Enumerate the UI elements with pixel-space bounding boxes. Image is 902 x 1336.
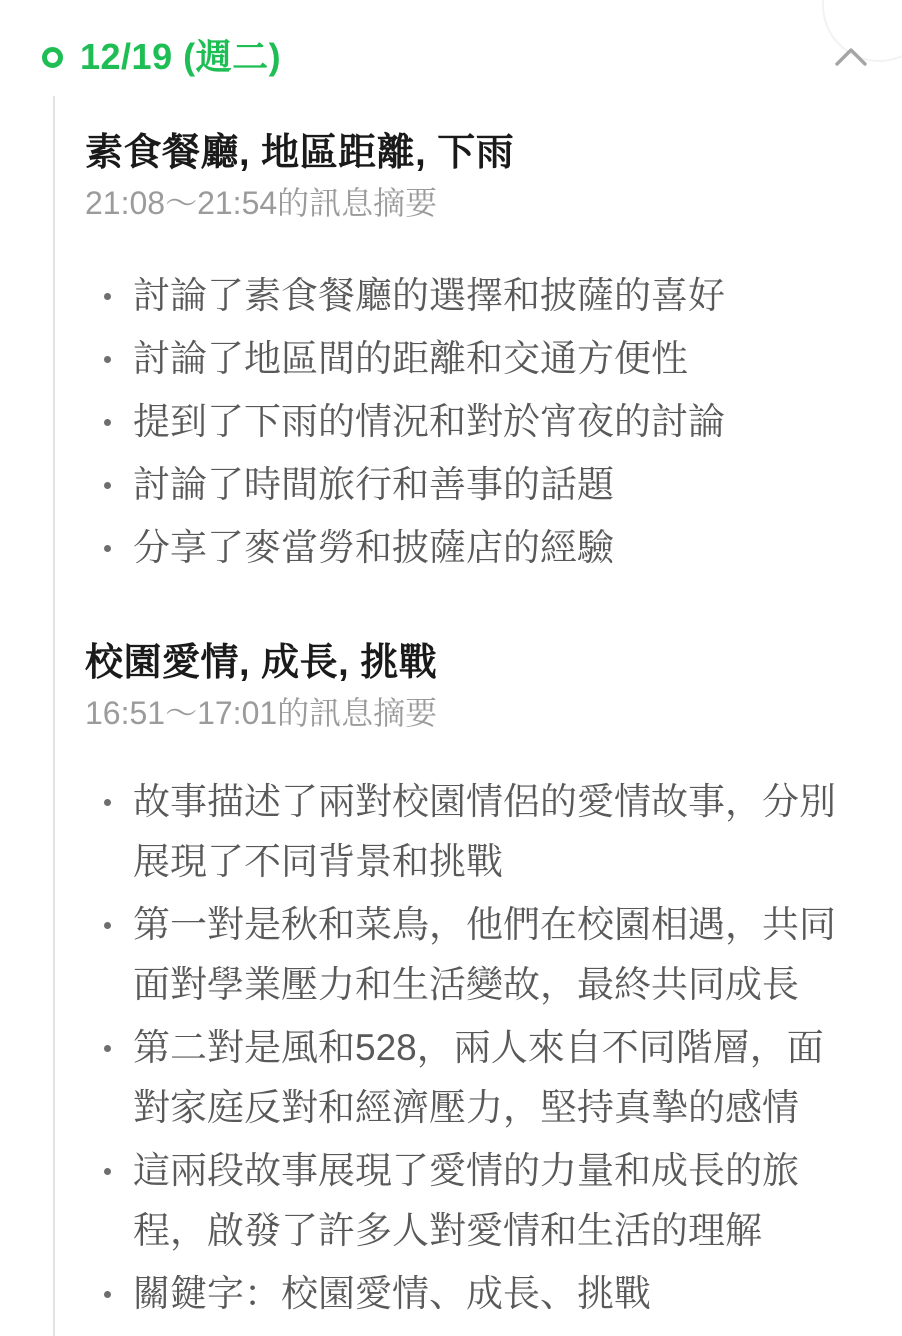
list-item: 故事描述了兩對校園情侶的愛情故事，分別展現了不同背景和挑戰	[85, 772, 851, 892]
summary-title: 素食餐廳, 地區距離, 下雨	[85, 130, 851, 176]
collapse-section-button[interactable]	[834, 44, 868, 70]
bullet-dot-icon	[104, 1045, 111, 1052]
bullet-text: 討論了時間旅行和善事的話題	[133, 464, 614, 505]
bullet-text: 關鍵字：校園愛情、成長、挑戰	[133, 1273, 651, 1314]
date-header: 12/19 (週二)	[0, 0, 902, 78]
bullet-dot-icon	[104, 293, 111, 300]
summary-bullet-list: 故事描述了兩對校園情侶的愛情故事，分別展現了不同背景和挑戰 第一對是秋和菜鳥，他…	[85, 772, 851, 1324]
bullet-dot-icon	[104, 799, 111, 806]
bullet-text: 分享了麥當勞和披薩店的經驗	[133, 527, 614, 568]
bullet-dot-icon	[104, 1291, 111, 1298]
chevron-up-icon	[834, 58, 868, 73]
list-item: 這兩段故事展現了愛情的力量和成長的旅程，啟發了許多人對愛情和生活的理解	[85, 1141, 851, 1261]
bullet-text: 故事描述了兩對校園情侶的愛情故事，分別展現了不同背景和挑戰	[133, 781, 836, 882]
list-item: 分享了麥當勞和披薩店的經驗	[85, 518, 851, 578]
bullet-dot-icon	[104, 356, 111, 363]
summary-time-range: 16:51～17:01的訊息摘要	[85, 694, 851, 732]
summary-time-range: 21:08～21:54的訊息摘要	[85, 184, 851, 222]
bullet-text: 提到了下雨的情況和對於宵夜的討論	[133, 401, 725, 442]
bullet-text: 第一對是秋和菜鳥，他們在校園相遇，共同面對學業壓力和生活變故，最終共同成長	[133, 904, 836, 1005]
summary-title: 校園愛情, 成長, 挑戰	[85, 640, 851, 686]
bullet-dot-icon	[104, 482, 111, 489]
bullet-dot-icon	[104, 419, 111, 426]
list-item: 討論了地區間的距離和交通方便性	[85, 329, 851, 389]
list-item: 關鍵字：校園愛情、成長、挑戰	[85, 1264, 851, 1324]
list-item: 討論了素食餐廳的選擇和披薩的喜好	[85, 266, 851, 326]
bullet-dot-icon	[104, 922, 111, 929]
date-marker-icon	[42, 47, 63, 68]
list-item: 第一對是秋和菜鳥，他們在校園相遇，共同面對學業壓力和生活變故，最終共同成長	[85, 895, 851, 1015]
date-label: 12/19 (週二)	[80, 36, 834, 78]
list-item: 第二對是風和528，兩人來自不同階層，面對家庭反對和經濟壓力，堅持真摯的感情	[85, 1018, 851, 1138]
list-item: 討論了時間旅行和善事的話題	[85, 455, 851, 515]
bullet-text: 這兩段故事展現了愛情的力量和成長的旅程，啟發了許多人對愛情和生活的理解	[133, 1150, 799, 1251]
bullet-text: 討論了地區間的距離和交通方便性	[133, 338, 688, 379]
list-item: 提到了下雨的情況和對於宵夜的討論	[85, 392, 851, 452]
bullet-text: 第二對是風和528，兩人來自不同階層，面對家庭反對和經濟壓力，堅持真摯的感情	[133, 1027, 824, 1128]
timeline-rail	[53, 96, 55, 1336]
summary-card-2: 校園愛情, 成長, 挑戰 16:51～17:01的訊息摘要 故事描述了兩對校園情…	[85, 640, 851, 1324]
summary-card-1: 素食餐廳, 地區距離, 下雨 21:08～21:54的訊息摘要 討論了素食餐廳的…	[85, 130, 851, 578]
summary-content: 素食餐廳, 地區距離, 下雨 21:08～21:54的訊息摘要 討論了素食餐廳的…	[85, 130, 851, 1324]
bullet-text: 討論了素食餐廳的選擇和披薩的喜好	[133, 275, 725, 316]
bullet-dot-icon	[104, 545, 111, 552]
summary-bullet-list: 討論了素食餐廳的選擇和披薩的喜好 討論了地區間的距離和交通方便性 提到了下雨的情…	[85, 266, 851, 578]
bullet-dot-icon	[104, 1168, 111, 1175]
